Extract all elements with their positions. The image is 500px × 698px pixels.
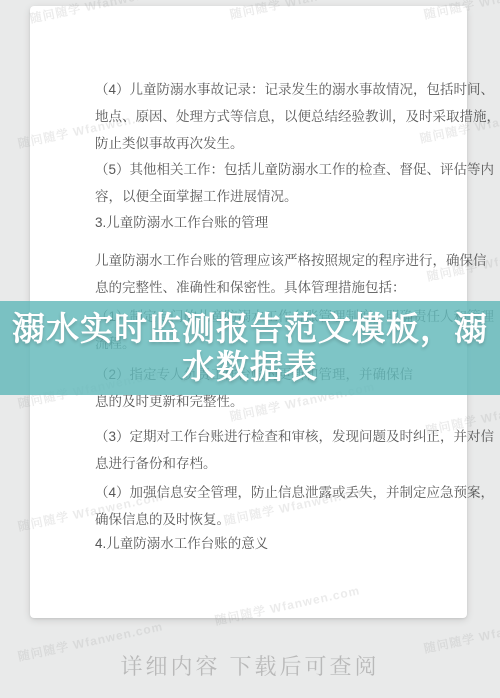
document-line: 3.儿童防溺水工作台账的管理 bbox=[95, 209, 425, 236]
document-line: 地点、原因、处理方式等信息，以便总结经验教训，及时采取措施， bbox=[95, 103, 425, 130]
paragraph: （5）其他相关工作：包括儿童防溺水工作的检查、督促、评估等内容，以便全面掌握工作… bbox=[95, 156, 425, 210]
footer-note: 详细内容 下载后可查阅 bbox=[0, 650, 500, 681]
title-banner-overlay: 溺水实时监测报告范文模板，溺 水数据表 bbox=[0, 301, 500, 395]
document-line: 息的完整性、准确性和保密性。具体管理措施包括： bbox=[95, 274, 425, 301]
document-line: 确保信息的及时恢复。 bbox=[95, 506, 425, 533]
paragraph: （4）加强信息安全管理，防止信息泄露或丢失，并制定应急预案，确保信息的及时恢复。 bbox=[95, 479, 425, 533]
document-preview-canvas: 随问随学 Wfanwen.com随问随学 Wfanwen.com随问随学 Wfa… bbox=[0, 0, 500, 698]
seo-title-line-1: 溺水实时监测报告范文模板，溺 bbox=[0, 310, 500, 348]
document-line: 容，以便全面掌握工作进展情况。 bbox=[95, 183, 425, 210]
document-line: 息进行备份和存档。 bbox=[95, 450, 425, 477]
document-line: （5）其他相关工作：包括儿童防溺水工作的检查、督促、评估等内 bbox=[95, 156, 425, 183]
document-line: （3）定期对工作台账进行检查和审核，发现问题及时纠正，并对信 bbox=[95, 423, 425, 450]
document-line: （4）儿童防溺水事故记录：记录发生的溺水事故情况，包括时间、 bbox=[95, 76, 425, 103]
seo-title-line-2: 水数据表 bbox=[0, 348, 500, 386]
section-heading: 3.儿童防溺水工作台账的管理 bbox=[95, 209, 425, 236]
document-line: 防止类似事故再次发生。 bbox=[95, 130, 425, 157]
paragraph: 儿童防溺水工作台账的管理应该严格按照规定的程序进行，确保信息的完整性、准确性和保… bbox=[95, 247, 425, 301]
section-heading: 4.儿童防溺水工作台账的意义 bbox=[95, 530, 425, 557]
document-line: 儿童防溺水工作台账的管理应该严格按照规定的程序进行，确保信 bbox=[95, 247, 425, 274]
document-line: （4）加强信息安全管理，防止信息泄露或丢失，并制定应急预案， bbox=[95, 479, 425, 506]
paragraph: （4）儿童防溺水事故记录：记录发生的溺水事故情况，包括时间、地点、原因、处理方式… bbox=[95, 76, 425, 157]
paragraph: （3）定期对工作台账进行检查和审核，发现问题及时纠正，并对信息进行备份和存档。 bbox=[95, 423, 425, 477]
document-line: 4.儿童防溺水工作台账的意义 bbox=[95, 530, 425, 557]
